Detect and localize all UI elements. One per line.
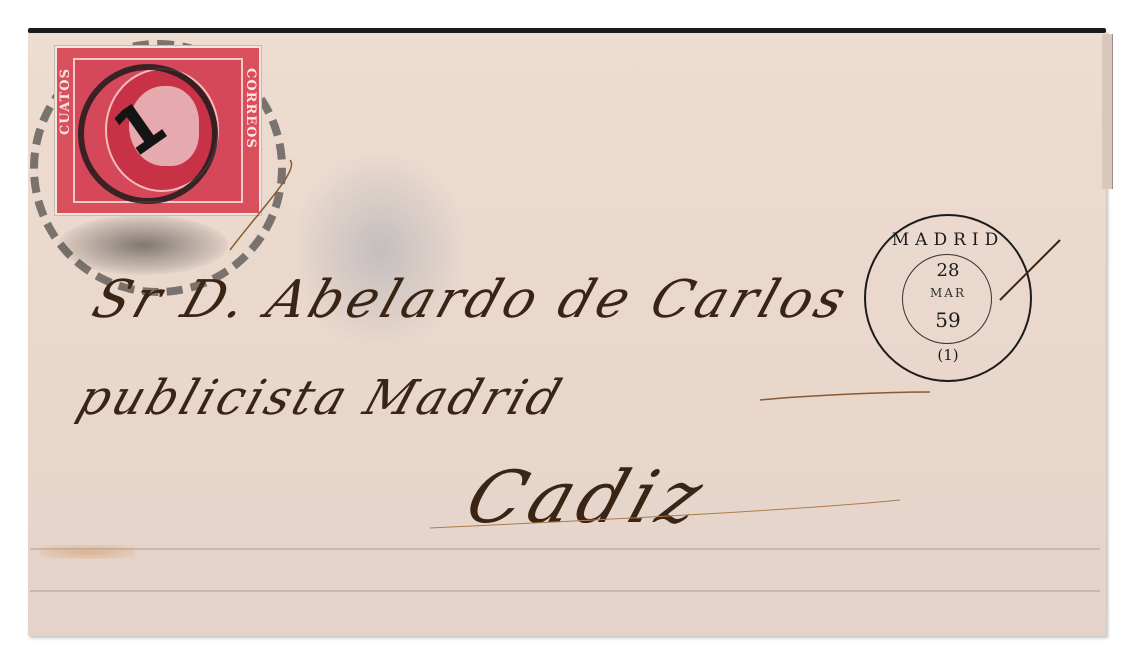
pen-flourishes	[0, 0, 1131, 663]
